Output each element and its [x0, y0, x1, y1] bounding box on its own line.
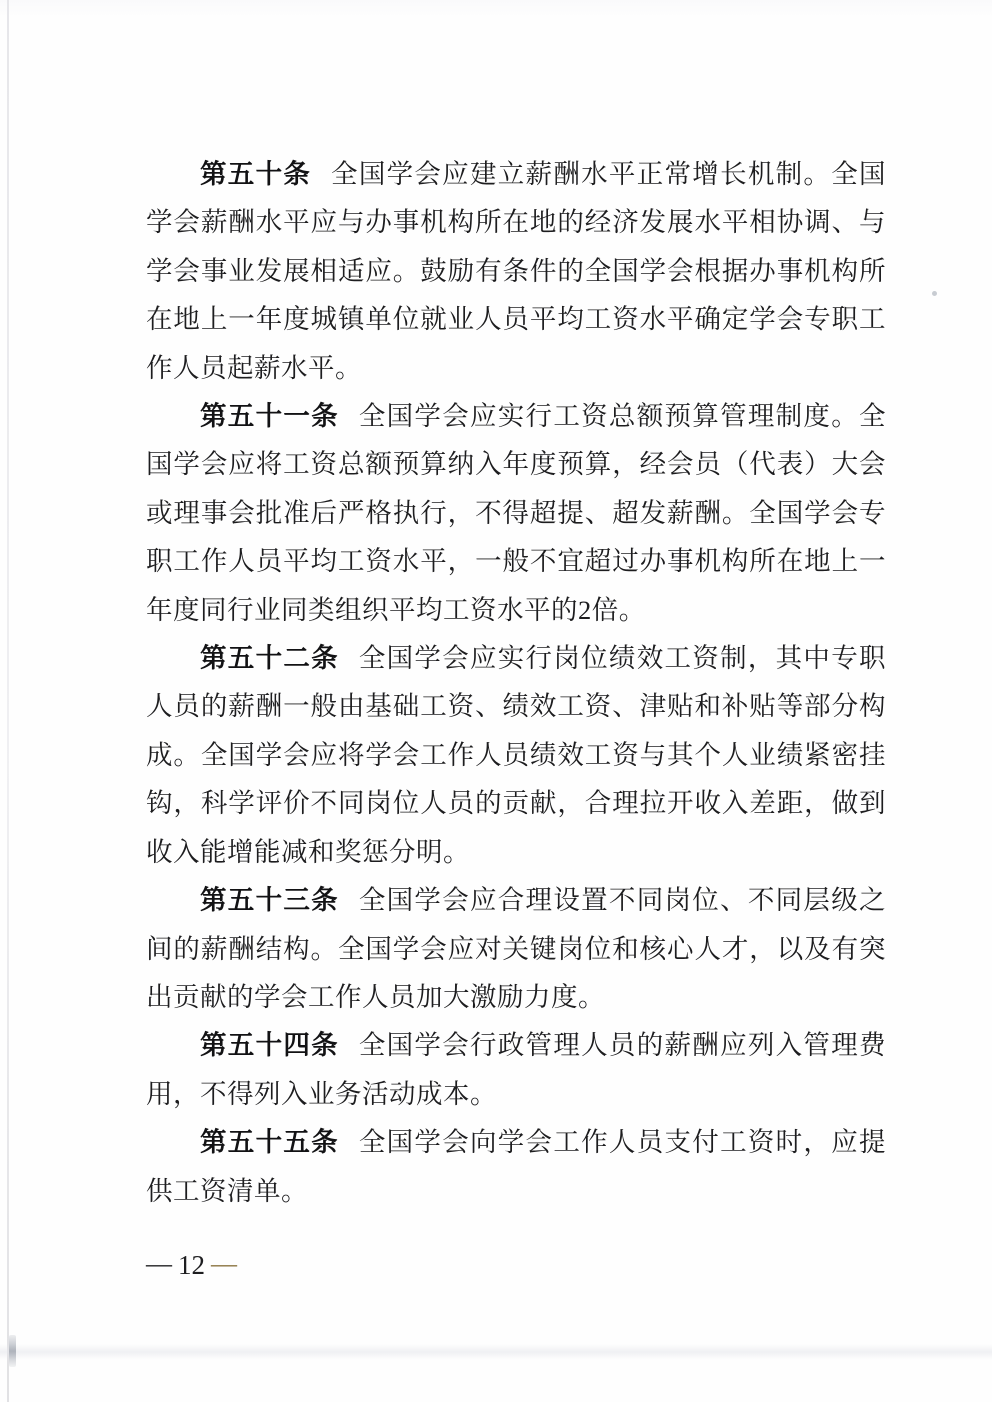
article-50-number: 第五十条	[200, 159, 311, 189]
document-page: 第五十条全国学会应建立薪酬水平正常增长机制。全国学会薪酬水平应与办事机构所在地的…	[0, 0, 992, 1402]
article-52-text: 全国学会应实行岗位绩效工资制，其中专职人员的薪酬一般由基础工资、绩效工资、津贴和…	[146, 643, 886, 867]
article-51-number: 第五十一条	[200, 401, 339, 431]
article-55-paragraph: 第五十五条全国学会向学会工作人员支付工资时，应提供工资清单。	[146, 1118, 886, 1215]
article-53-paragraph: 第五十三条全国学会应合理设置不同岗位、不同层级之间的薪酬结构。全国学会应对关键岗…	[146, 876, 886, 1021]
article-52-number: 第五十二条	[200, 643, 339, 673]
page-footer: —12—	[146, 1250, 237, 1281]
article-51-text: 全国学会应实行工资总额预算管理制度。全国学会应将工资总额预算纳入年度预算，经会员…	[146, 401, 886, 625]
page-number-left-dash: —	[146, 1249, 172, 1279]
page-number-right-dash: —	[211, 1249, 237, 1279]
article-53-number: 第五十三条	[200, 885, 339, 915]
article-51-paragraph: 第五十一条全国学会应实行工资总额预算管理制度。全国学会应将工资总额预算纳入年度预…	[146, 392, 886, 634]
article-52-paragraph: 第五十二条全国学会应实行岗位绩效工资制，其中专职人员的薪酬一般由基础工资、绩效工…	[146, 634, 886, 876]
article-54-number: 第五十四条	[200, 1030, 339, 1060]
article-55-number: 第五十五条	[200, 1127, 339, 1157]
article-54-paragraph: 第五十四条全国学会行政管理人员的薪酬应列入管理费用，不得列入业务活动成本。	[146, 1021, 886, 1118]
document-body: 第五十条全国学会应建立薪酬水平正常增长机制。全国学会薪酬水平应与办事机构所在地的…	[146, 150, 886, 1215]
scan-edge-artifact-left	[7, 0, 9, 1402]
page-number: 12	[178, 1250, 205, 1281]
scan-band-artifact-bottom	[0, 1344, 992, 1360]
scan-speck-artifact	[932, 291, 937, 296]
scan-smudge-artifact	[9, 1335, 16, 1367]
article-50-paragraph: 第五十条全国学会应建立薪酬水平正常增长机制。全国学会薪酬水平应与办事机构所在地的…	[146, 150, 886, 392]
article-50-text: 全国学会应建立薪酬水平正常增长机制。全国学会薪酬水平应与办事机构所在地的经济发展…	[146, 159, 886, 383]
